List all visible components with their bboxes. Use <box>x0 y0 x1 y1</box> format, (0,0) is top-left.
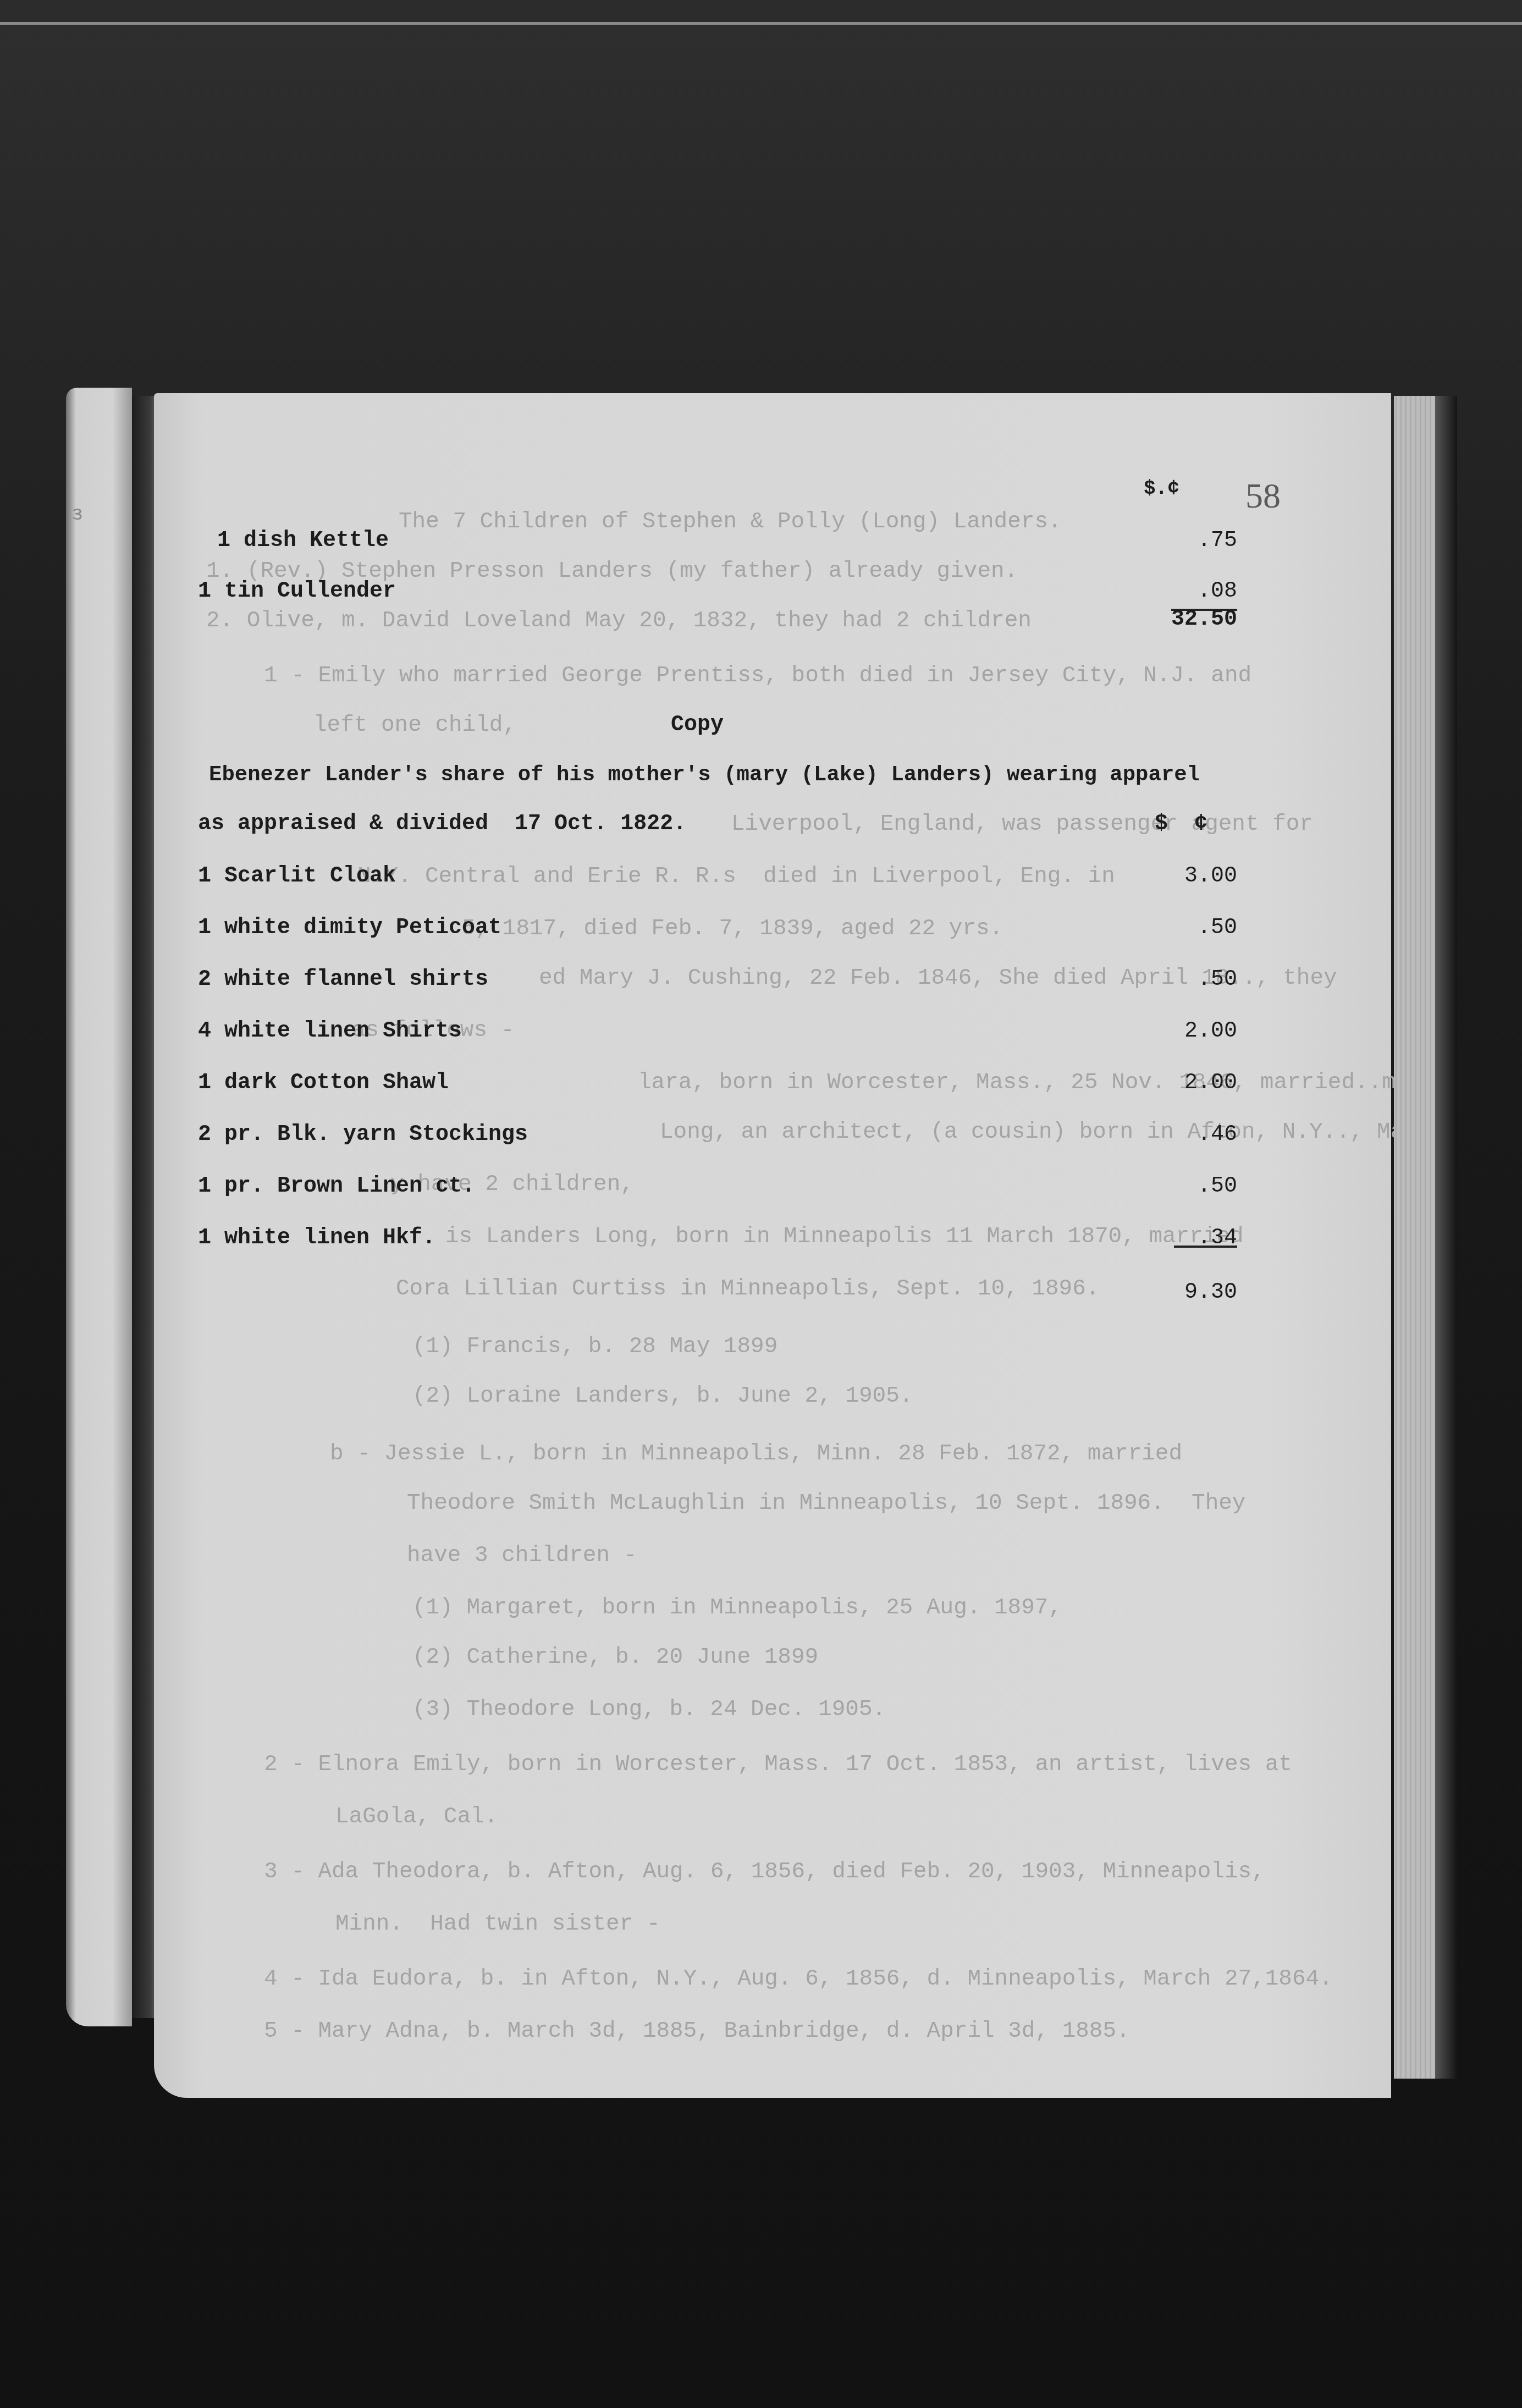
bleed-through-line: Theodore Smith McLaughlin in Minneapolis… <box>407 1490 1245 1517</box>
scanner-top-band <box>0 0 1522 25</box>
first-item-label: 1 dish Kettle <box>217 528 389 554</box>
apparel-item-label: 1 pr. Brown Linen ct. <box>198 1173 475 1200</box>
amount-column-header: $ ¢ <box>1155 811 1207 837</box>
first-section-total: 32.50 <box>1116 607 1237 633</box>
bleed-through-line: lara, born in Worcester, Mass., 25 Nov. … <box>638 1070 1409 1096</box>
intro-line-2: as appraised & divided 17 Oct. 1822. <box>198 811 686 837</box>
bleed-through-line: LaGola, Cal. <box>335 1804 498 1830</box>
first-item-label: 1 tin Cullender <box>198 578 396 605</box>
total-rule <box>1174 1246 1237 1248</box>
apparel-item-amount: 2.00 <box>1116 1070 1237 1096</box>
bleed-through-line: (1) Francis, b. 28 May 1899 <box>412 1334 777 1360</box>
apparel-item-amount: 2.00 <box>1116 1018 1237 1045</box>
apparel-item-amount: .50 <box>1116 915 1237 941</box>
copy-label: Copy <box>671 712 724 739</box>
bleed-through-line: left one child, <box>313 712 516 739</box>
bleed-through-line: Cora Lillian Curtiss in Minneapolis, Sep… <box>396 1276 1099 1302</box>
bleed-through-line: (2) Catherine, b. 20 June 1899 <box>412 1644 818 1671</box>
apparel-item-amount: .46 <box>1116 1122 1237 1148</box>
apparel-item-label: 1 white dimity Peticoat <box>198 915 501 941</box>
apparel-item-label: 2 white flannel shirts <box>198 967 488 993</box>
bleed-through-line: (1) Margaret, born in Minneapolis, 25 Au… <box>412 1595 1062 1621</box>
first-item-amount: .08 <box>1116 578 1237 605</box>
bleed-through-line: 2 - Elnora Emily, born in Worcester, Mas… <box>264 1751 1292 1778</box>
bleed-through-line: (2) Loraine Landers, b. June 2, 1905. <box>412 1383 913 1409</box>
bleed-through-line: The 7 Children of Stephen & Polly (Long)… <box>399 509 1062 535</box>
bleed-through-line: 5 - Mary Adna, b. March 3d, 1885, Bainbr… <box>264 2018 1130 2045</box>
page-number: 58 <box>1245 476 1281 516</box>
apparel-item-label: 1 white linen Hkf. <box>198 1225 435 1252</box>
bleed-through-line: 1 - Emily who married George Prentiss, b… <box>264 663 1251 689</box>
apparel-item-label: 4 white linen Shirts <box>198 1018 462 1045</box>
page-stack-edge <box>1394 396 1435 2079</box>
bleed-through-line: have 3 children - <box>407 1542 637 1569</box>
intro-line-1: Ebenezer Lander's share of his mother's … <box>209 762 1200 788</box>
apparel-item-label: 2 pr. Blk. yarn Stockings <box>198 1122 528 1148</box>
bleed-through-line: 5, 1817, died Feb. 7, 1839, aged 22 yrs. <box>462 916 1003 942</box>
document-page: The 7 Children of Stephen & Polly (Long)… <box>154 393 1391 2098</box>
apparel-item-amount: .50 <box>1116 1173 1237 1200</box>
bleed-through-line: N.Y. Central and Erie R. R.s died in Liv… <box>357 863 1115 890</box>
first-item-amount: .75 <box>1116 528 1237 554</box>
apparel-item-label: 1 Scarlit Cloak <box>198 863 396 890</box>
facing-page-edge: ε <box>66 388 132 2026</box>
bleed-through-line: Minn. Had twin sister - <box>335 1911 660 1937</box>
bleed-through-line: Long, an architect, (a cousin) born in A… <box>660 1119 1444 1145</box>
facing-page-mark: ε <box>71 503 84 526</box>
apparel-total: 9.30 <box>1116 1280 1237 1306</box>
right-shadow <box>1435 396 1457 2079</box>
bleed-through-line: 2. Olive, m. David Loveland May 20, 1832… <box>206 608 1032 634</box>
apparel-item-label: 1 dark Cotton Shawl <box>198 1070 449 1096</box>
apparel-item-amount: .50 <box>1116 967 1237 993</box>
bleed-through-line: (3) Theodore Long, b. 24 Dec. 1905. <box>412 1696 886 1723</box>
bleed-through-line: 4 - Ida Eudora, b. in Afton, N.Y., Aug. … <box>264 1966 1333 1992</box>
bleed-through-line: Liverpool, England, was passenger agent … <box>731 811 1313 837</box>
apparel-item-amount: 3.00 <box>1116 863 1237 890</box>
bleed-through-line: 3 - Ada Theodora, b. Afton, Aug. 6, 1856… <box>264 1859 1265 1885</box>
bleed-through-line: b - Jessie L., born in Minneapolis, Minn… <box>330 1441 1182 1467</box>
currency-header: $.¢ <box>1144 476 1179 502</box>
